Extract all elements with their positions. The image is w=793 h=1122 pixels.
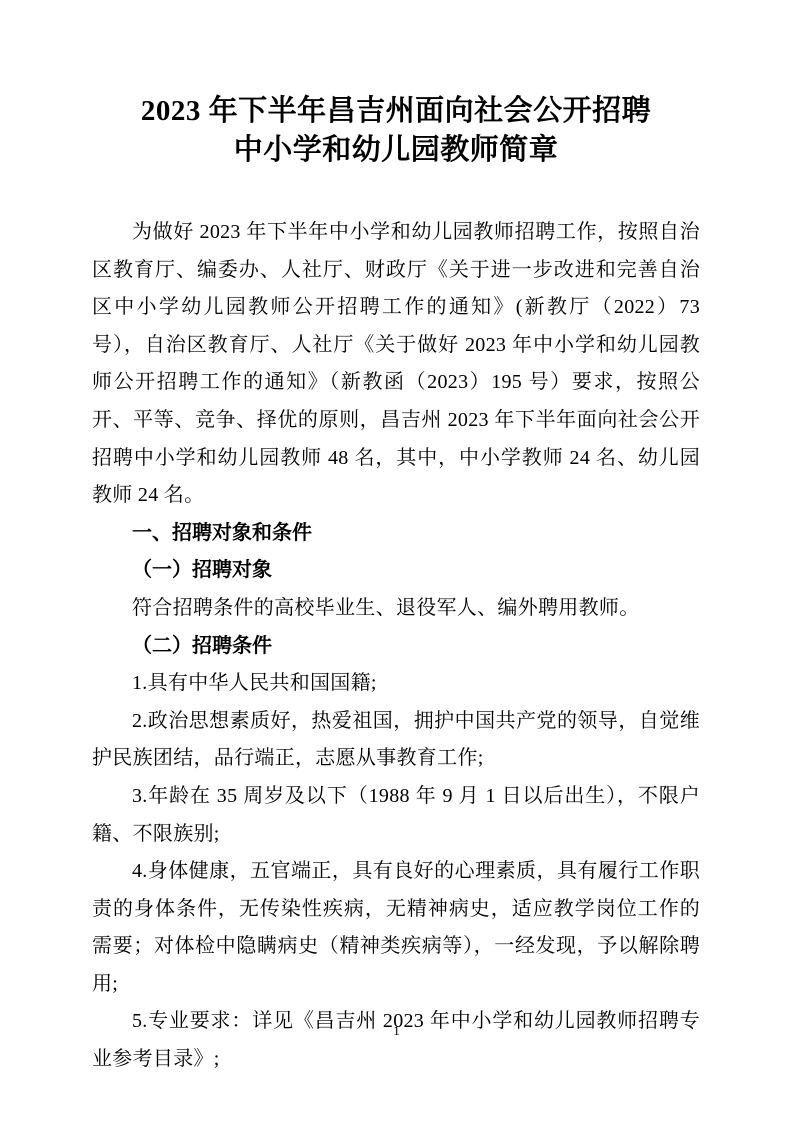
subsection-heading-recruitment-conditions: （二）招聘条件	[92, 628, 700, 666]
condition-item-1: 1.具有中华人民共和国国籍;	[92, 665, 700, 703]
document-title: 2023 年下半年昌吉州面向社会公开招聘 中小学和幼儿园教师简章	[92, 92, 700, 170]
document-title-line-2: 中小学和幼儿园教师简章	[92, 131, 700, 170]
condition-item-3: 3.年龄在 35 周岁及以下（1988 年 9 月 1 日以后出生），不限户籍、…	[92, 778, 700, 853]
section-heading-recruitment-targets-and-conditions: 一、招聘对象和条件	[92, 515, 700, 553]
document-title-line-1: 2023 年下半年昌吉州面向社会公开招聘	[92, 92, 700, 131]
intro-paragraph: 为做好 2023 年下半年中小学和幼儿园教师招聘工作，按照自治区教育厅、编委办、…	[92, 214, 700, 515]
recruitment-targets-paragraph: 符合招聘条件的高校毕业生、退役军人、编外聘用教师。	[92, 590, 700, 628]
condition-item-2: 2.政治思想素质好，热爱祖国，拥护中国共产党的领导，自觉维护民族团结，品行端正，…	[92, 703, 700, 778]
subsection-heading-recruitment-targets: （一）招聘对象	[92, 552, 700, 590]
page-footer: 1	[0, 1022, 793, 1040]
condition-item-4: 4.身体健康，五官端正，具有良好的心理素质，具有履行工作职责的身体条件，无传染性…	[92, 853, 700, 1003]
condition-item-5: 5.专业要求：详见《昌吉州 2023 年中小学和幼儿园教师招聘专业参考目录》;	[92, 1003, 700, 1078]
document-page: 2023 年下半年昌吉州面向社会公开招聘 中小学和幼儿园教师简章 为做好 202…	[0, 0, 793, 1122]
document-content: 2023 年下半年昌吉州面向社会公开招聘 中小学和幼儿园教师简章 为做好 202…	[92, 92, 700, 1079]
page-number: 1	[393, 1023, 400, 1038]
